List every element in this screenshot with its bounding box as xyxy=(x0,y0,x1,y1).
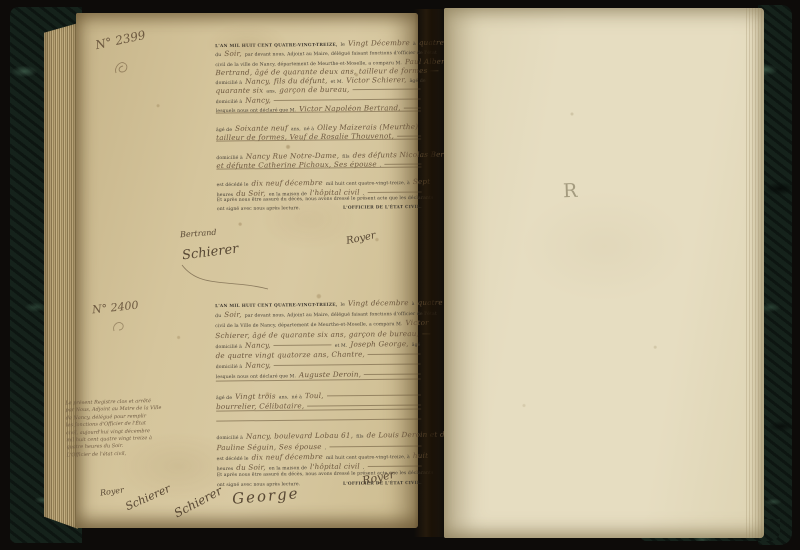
handwritten-text: Nancy, xyxy=(245,361,271,370)
signature-bertrand: Bertrand xyxy=(180,228,217,240)
printed-form-text: domicilié à xyxy=(216,100,243,105)
printed-form-text: et M. xyxy=(335,343,348,348)
printed-form-text: le xyxy=(340,303,344,308)
handwritten-text: Nancy, xyxy=(245,77,271,86)
handwritten-text: Olley Maizerais (Meurthe) xyxy=(317,122,418,132)
register-scan: N° 2399 L'an mil huit cent quatre-vingt-… xyxy=(0,0,800,550)
handwritten-text: quarante six xyxy=(216,86,264,95)
handwritten-text: dix neuf décembre xyxy=(252,452,323,462)
printed-form-text: ans, xyxy=(279,395,289,400)
left-page: N° 2399 L'an mil huit cent quatre-vingt-… xyxy=(76,13,418,528)
printed-form-text: né à xyxy=(292,395,302,400)
ruled-blank xyxy=(274,364,421,367)
handwritten-text: Pauline Séguin, Ses épouse xyxy=(216,442,321,452)
signature-schierer-act2: Schierer xyxy=(172,484,225,521)
handwritten-text: Toul, xyxy=(305,391,324,400)
handwritten-text: Vingt trois xyxy=(235,391,276,400)
paraph-flourish xyxy=(110,319,130,335)
printed-form-text: du xyxy=(215,53,221,58)
act-number-2399: N° 2399 xyxy=(94,28,147,52)
handwritten-text: Vingt décembre xyxy=(348,298,409,308)
printed-form-text: heures xyxy=(217,467,234,472)
margin-closing-note: Le présent Registre clos et arrêté par N… xyxy=(65,398,175,460)
handwritten-text: du Soir, xyxy=(236,463,266,472)
handwritten-text: garçon de bureau, xyxy=(279,85,349,95)
handwritten-text: dix neuf décembre xyxy=(251,178,322,188)
act-line: ont signé avec nous après lecture.L'Offi… xyxy=(217,205,425,216)
printed-form-text: Et après nous être assuré du décès, nous… xyxy=(217,471,434,478)
signature-royer-act1: Royer xyxy=(345,230,377,247)
handwritten-text: Nancy, xyxy=(245,340,271,349)
printed-form-text: âgé de xyxy=(216,396,232,401)
embossed-mark: R xyxy=(563,180,579,203)
handwritten-text: Victor Schierer, xyxy=(346,75,406,85)
handwritten-text: Soir, xyxy=(224,49,242,58)
signature-schierer-margin: Schierer xyxy=(123,482,172,513)
handwritten-text: Nancy, xyxy=(245,95,271,104)
printed-form-text: Et après nous être assuré du décès, nous… xyxy=(217,196,434,203)
printed-form-text: domicilié à xyxy=(216,436,243,441)
printed-form-text: , xyxy=(325,446,327,451)
handwritten-text: de quatre vingt quatorze ans, Chantre, xyxy=(216,349,366,360)
signature-royer-margin: Royer xyxy=(99,485,124,497)
printed-form-text: L'an mil huit cent quatre-vingt-treize, xyxy=(215,303,338,309)
handwritten-text: Joseph George, xyxy=(350,339,408,349)
ruled-blank xyxy=(364,374,421,376)
printed-form-text: en la maison de xyxy=(269,466,307,471)
ruled-blank xyxy=(368,353,421,355)
printed-form-text: du xyxy=(215,314,221,319)
signature-flourish xyxy=(180,259,270,293)
printed-form-text: mil huit cent quatre-vingt-treize, à xyxy=(326,182,410,188)
handwritten-text: l'hôpital civil xyxy=(310,462,360,472)
handwritten-text: Schierer, âgé de quarante six ans, garço… xyxy=(215,329,419,340)
printed-form-text: est décédé le xyxy=(217,457,249,462)
printed-form-text: , xyxy=(363,466,365,471)
right-page-edge-striations xyxy=(746,8,764,538)
handwritten-text: l'hôpital civil xyxy=(310,187,360,197)
ruled-blank xyxy=(274,98,421,101)
handwritten-text: Nancy, boulevard Lobau 61, xyxy=(246,431,353,441)
printed-form-text: ont signé avec nous après lecture. xyxy=(217,207,300,213)
handwritten-text: Soixante neuf xyxy=(235,123,288,133)
handwritten-text: Vingt Décembre xyxy=(348,38,410,48)
printed-form-text: fils xyxy=(356,435,363,440)
handwritten-text: du Soir, xyxy=(236,188,266,197)
handwritten-text: Soir, xyxy=(224,310,242,319)
margin-note-line: L'Officier de l'état civil, xyxy=(67,449,175,459)
paraph-flourish xyxy=(112,59,134,77)
ruled-blank xyxy=(329,445,421,447)
printed-form-text: domicilié à xyxy=(216,365,243,370)
printed-form-text: domicilié à xyxy=(215,345,242,350)
right-page-blank: R xyxy=(444,8,764,538)
act-number-2400: N° 2400 xyxy=(91,299,139,317)
book-gutter xyxy=(414,9,446,537)
printed-form-text: mil huit cent quatre-vingt-treize, à xyxy=(326,455,410,461)
printed-form-text: le xyxy=(341,43,345,48)
ruled-blank xyxy=(327,394,421,396)
ruled-blank xyxy=(274,344,332,346)
handwritten-text: fils du défunt, xyxy=(274,76,328,86)
printed-form-text: L'Officier de l'état civil. xyxy=(343,205,422,211)
printed-form-text: ans, xyxy=(266,90,276,95)
ruled-blank xyxy=(307,404,421,406)
death-act-2400: L'an mil huit cent quatre-vingt-treize,l… xyxy=(215,298,425,494)
ruled-blank xyxy=(353,89,421,91)
death-act-2399: L'an mil huit cent quatre-vingt-treize,l… xyxy=(215,38,425,217)
